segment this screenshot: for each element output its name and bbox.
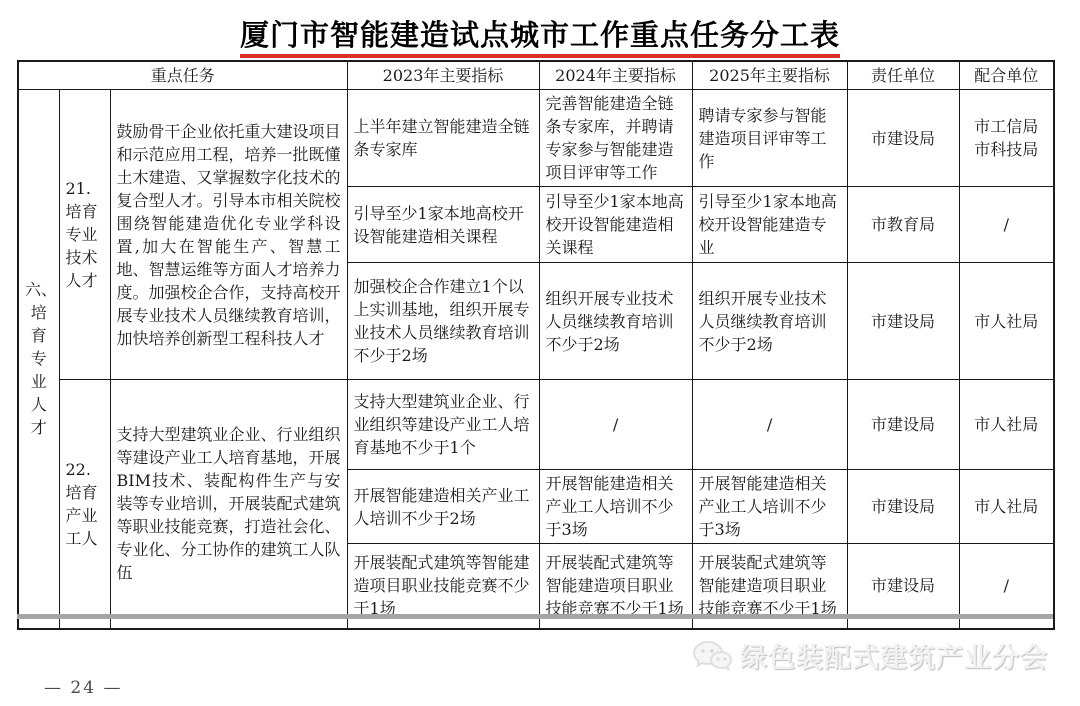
- watermark-text: 绿色装配式建筑产业分会: [740, 636, 1048, 675]
- cell-coop: 市人社局: [959, 470, 1054, 544]
- cell-2025: 组织开展专业技术人员继续教育培训不少于2场: [692, 263, 847, 380]
- cell-resp: 市建设局: [847, 380, 959, 470]
- task-22-description: 支持大型建筑业企业、行业组织等建设产业工人培育基地，开展BIM技术、装配构件生产…: [110, 380, 347, 629]
- header-coop-unit: 配合单位: [959, 61, 1054, 90]
- page-title-text: 厦门市智能建造试点城市工作重点任务分工表: [240, 21, 840, 58]
- cell-2024: /: [539, 380, 692, 470]
- task-21-description: 鼓励骨干企业依托重大建设项目和示范应用工程，培养一批既懂土木建造、又掌握数字化技…: [110, 90, 347, 380]
- header-tasks: 重点任务: [18, 61, 347, 90]
- table-bottom-border: [17, 614, 1053, 619]
- cell-2023: 引导至少1家本地高校开设智能建造相关课程: [347, 187, 539, 263]
- cell-2025: 聘请专家参与智能建造项目评审等工作: [692, 90, 847, 187]
- cell-resp: 市建设局: [847, 470, 959, 544]
- page-title: 厦门市智能建造试点城市工作重点任务分工表: [0, 21, 1080, 58]
- cell-2023: 开展智能建造相关产业工人培训不少于2场: [347, 470, 539, 544]
- cell-2025: 引导至少1家本地高校开设智能建造专业: [692, 187, 847, 263]
- cell-2024: 开展智能建造相关产业工人培训不少于3场: [539, 470, 692, 544]
- table-header-row: 重点任务 2023年主要指标 2024年主要指标 2025年主要指标 责任单位 …: [18, 61, 1054, 90]
- cell-resp: 市教育局: [847, 187, 959, 263]
- table-row: 22.培育产业工人 支持大型建筑业企业、行业组织等建设产业工人培育基地，开展BI…: [18, 380, 1054, 470]
- header-2025: 2025年主要指标: [692, 61, 847, 90]
- header-resp-unit: 责任单位: [847, 61, 959, 90]
- cell-2023: 加强校企合作建立1个以上实训基地，组织开展专业技术人员继续教育培训不少于2场: [347, 263, 539, 380]
- header-2023: 2023年主要指标: [347, 61, 539, 90]
- cell-2023: 上半年建立智能建造全链条专家库: [347, 90, 539, 187]
- task-division-table: 重点任务 2023年主要指标 2024年主要指标 2025年主要指标 责任单位 …: [17, 60, 1055, 630]
- document-page: 厦门市智能建造试点城市工作重点任务分工表 重点任务 2023年主要指标 2024…: [0, 0, 1080, 706]
- cell-coop: 市人社局: [959, 263, 1054, 380]
- cell-2025: 开展智能建造相关产业工人培训不少于3场: [692, 470, 847, 544]
- watermark: 绿色装配式建筑产业分会: [692, 636, 1048, 675]
- cell-coop: 市人社局: [959, 380, 1054, 470]
- header-2024: 2024年主要指标: [539, 61, 692, 90]
- category-cell: 六、培育专业人才: [18, 90, 59, 629]
- cell-2024: 组织开展专业技术人员继续教育培训不少于2场: [539, 263, 692, 380]
- cell-2024: 引导至少1家本地高校开设智能建造相关课程: [539, 187, 692, 263]
- cell-resp: 市建设局: [847, 90, 959, 187]
- cell-2024: 完善智能建造全链条专家库，并聘请专家参与智能建造项目评审等工作: [539, 90, 692, 187]
- task-22-number: 22.培育产业工人: [59, 380, 110, 629]
- cell-coop: /: [959, 187, 1054, 263]
- cell-2023: 支持大型建筑业企业、行业组织等建设产业工人培育基地不少于1个: [347, 380, 539, 470]
- task-21-number: 21.培育专业技术人才: [59, 90, 110, 380]
- cell-2025: /: [692, 380, 847, 470]
- cell-resp: 市建设局: [847, 263, 959, 380]
- page-number: — 24 —: [44, 678, 122, 698]
- wechat-icon: [692, 639, 732, 673]
- cell-coop: 市工信局 市科技局: [959, 90, 1054, 187]
- table-row: 六、培育专业人才 21.培育专业技术人才 鼓励骨干企业依托重大建设项目和示范应用…: [18, 90, 1054, 187]
